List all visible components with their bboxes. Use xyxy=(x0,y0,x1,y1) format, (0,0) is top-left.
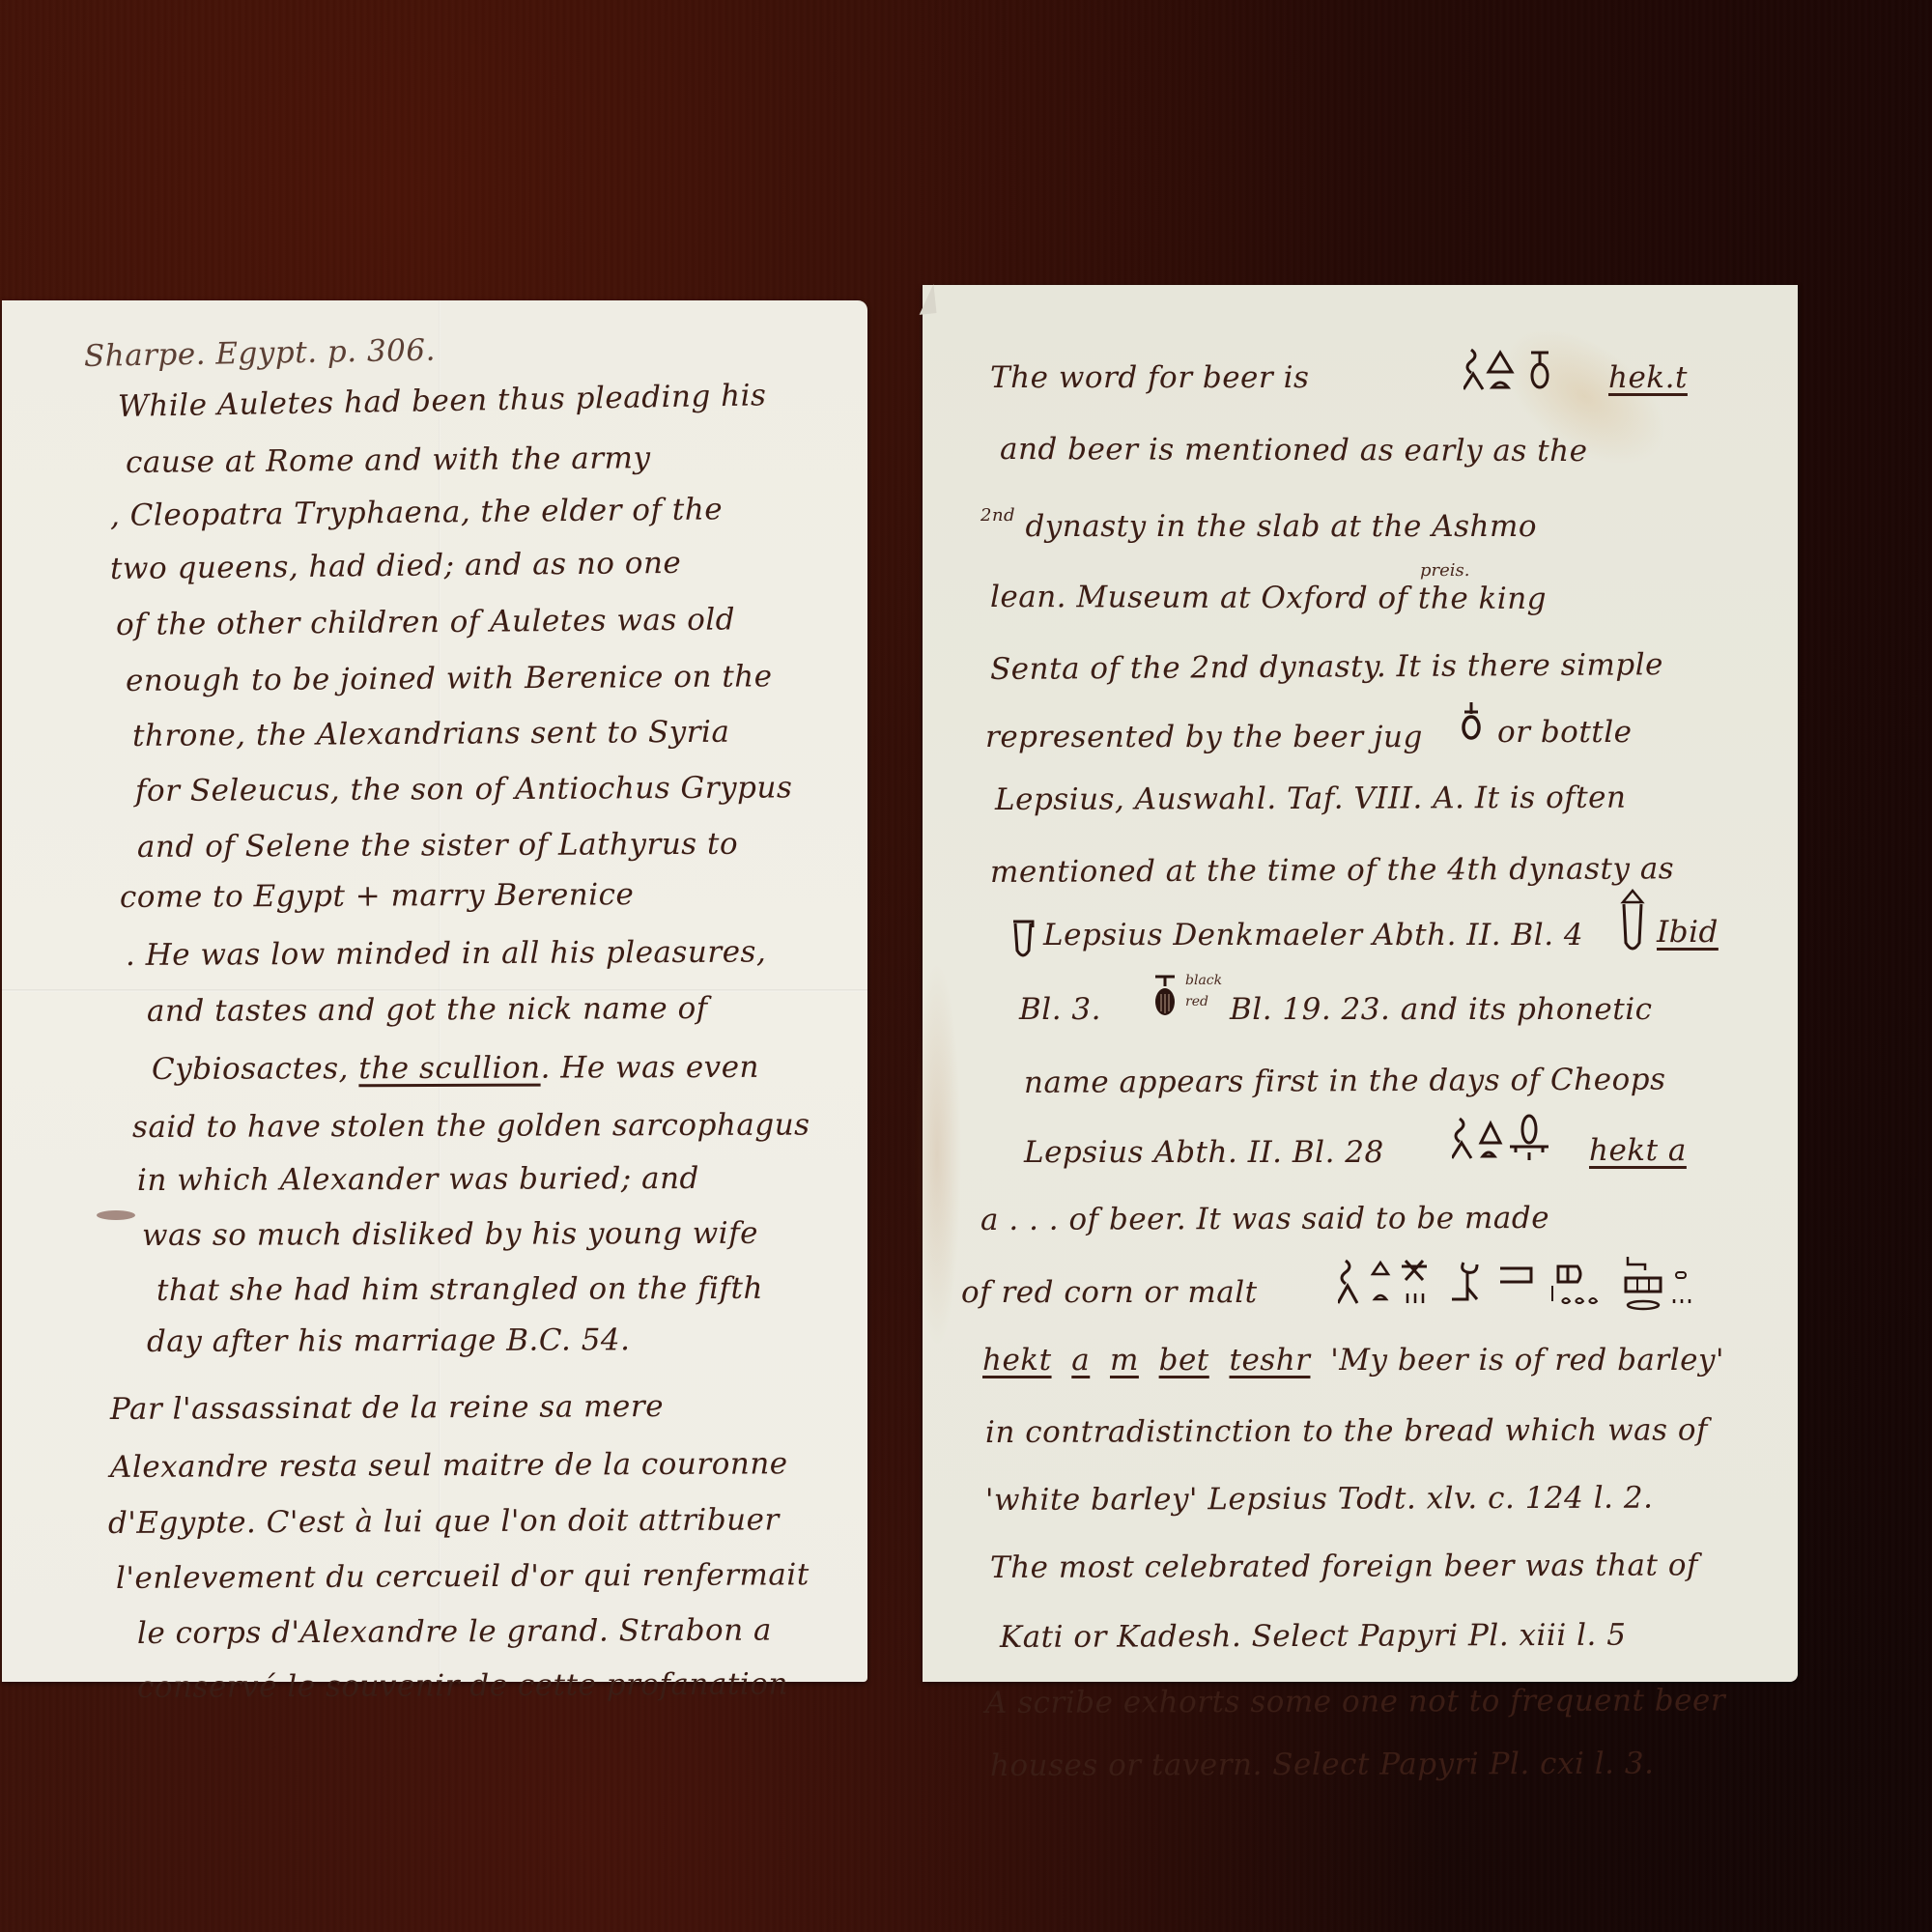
text-line: The most celebrated foreign beer was tha… xyxy=(990,1548,1698,1585)
text-line: While Auletes had been thus pleading his xyxy=(118,378,767,424)
text-line: day after his marriage B.C. 54. xyxy=(147,1322,631,1359)
french-text-line: le corps d'Alexandre le grand. Strabon a xyxy=(137,1613,772,1651)
french-text-line: Alexandre resta seul maitre de la couron… xyxy=(110,1446,788,1485)
hieroglyph-sentence-icon xyxy=(1338,1251,1744,1328)
text-line: houses or tavern. Select Papyri Pl. cxi … xyxy=(990,1747,1655,1783)
text-fragment: . He was even xyxy=(541,1050,760,1086)
text-line: enough to be joined with Berenice on the xyxy=(126,659,773,698)
text-line: in contradistinction to the bread which … xyxy=(985,1412,1708,1450)
french-text-line: d'Egypte. C'est à lui que l'on doit attr… xyxy=(108,1502,780,1541)
text-line: of the other children of Auletes was old xyxy=(116,602,735,642)
tall-beer-jar-icon xyxy=(1618,889,1647,956)
text-line: and tastes and got the nick name of xyxy=(147,991,708,1029)
text-line: throne, the Alexandrians sent to Syria xyxy=(132,715,730,753)
text-line: 'white barley' Lepsius Todt. xlv. c. 124… xyxy=(985,1481,1654,1518)
text-line: , Cleopatra Tryphaena, the elder of the xyxy=(110,492,723,533)
text-fragment: or bottle xyxy=(1497,715,1633,750)
french-text-line: l'enlevement du cercueil d'or qui renfer… xyxy=(116,1557,810,1596)
french-text-line: conservé le souvenir de cette profanatio… xyxy=(137,1666,788,1705)
text-line: mentioned at the time of the 4th dynasty… xyxy=(990,851,1674,890)
text-line: name appears first in the days of Cheops xyxy=(1024,1063,1666,1100)
black-red-jar-icon xyxy=(1151,973,1182,1019)
underlined-phrase: the scullion xyxy=(358,1051,540,1087)
text-line-group: 2nd dynasty in the slab at the Ashmo xyxy=(980,505,1537,544)
transliteration: hek.t xyxy=(1608,360,1688,395)
manuscript-page-right: The word for beer is hek.t and beer is m… xyxy=(923,285,1798,1682)
text-line: . He was low minded in all his pleasures… xyxy=(126,935,766,973)
note-black: black xyxy=(1185,973,1222,988)
name-cybiosactes: Cybiosactes, xyxy=(152,1051,349,1087)
text-line: Lepsius, Auswahl. Taf. VIII. A. It is of… xyxy=(995,781,1627,817)
text-line: and beer is mentioned as early as the xyxy=(1000,432,1588,469)
text-line: Bl. 19. 23. and its phonetic xyxy=(1230,992,1653,1027)
text-line: Bl. 3. xyxy=(1019,992,1101,1027)
ink-blot xyxy=(97,1210,135,1220)
hieroglyph-hekt-variant-icon xyxy=(1452,1114,1568,1172)
text-line: A scribe exhorts some one not to frequen… xyxy=(985,1683,1725,1720)
text-line-group: The word for beer is xyxy=(990,360,1309,395)
curled-corner xyxy=(916,284,936,315)
text-line: in which Alexander was buried; and xyxy=(137,1161,699,1198)
text-line: lean. Museum at Oxford of the king xyxy=(990,580,1547,616)
note-red: red xyxy=(1185,994,1208,1009)
text-line: come to Egypt + marry Berenice xyxy=(120,877,635,915)
text-line: was so much disliked by his young wife xyxy=(142,1216,758,1253)
text-line: Lepsius Denkmaeler Abth. II. Bl. 4 xyxy=(1043,918,1583,952)
manuscript-page-left: Sharpe. Egypt. p. 306. While Auletes had… xyxy=(2,300,867,1682)
text-line: of red corn or malt xyxy=(961,1275,1258,1310)
text-line: that she had him strangled on the fifth xyxy=(156,1271,763,1308)
text-fragment: The word for beer is xyxy=(990,360,1309,395)
transliteration: hekt a xyxy=(1589,1133,1687,1168)
text-line: Kati or Kadesh. Select Papyri Pl. xiii l… xyxy=(1000,1618,1627,1655)
text-line: two queens, had died; and as no one xyxy=(110,546,682,586)
beer-jar-icon xyxy=(1011,918,1035,960)
french-text-line: Par l'assassinat de la reine sa mere xyxy=(110,1389,664,1427)
page-heading: Sharpe. Egypt. p. 306. xyxy=(84,333,437,374)
text-line: Senta of the 2nd dynasty. It is there si… xyxy=(990,647,1663,687)
text-line: Lepsius Abth. II. Bl. 28 xyxy=(1024,1135,1384,1170)
text-line: for Seleucus, the son of Antiochus Grypu… xyxy=(135,770,793,809)
text-line-group: represented by the beer jug xyxy=(985,720,1423,754)
text-line: and of Selene the sister of Lathyrus to xyxy=(137,827,738,865)
text-line: cause at Rome and with the army xyxy=(126,440,651,480)
interlinear-note: preis. xyxy=(1420,560,1470,581)
beer-jug-icon xyxy=(1459,700,1484,743)
text-fragment: Ibid xyxy=(1657,915,1719,950)
hieroglyph-heqt-icon xyxy=(1463,345,1589,403)
text-line: a . . . of beer. It was said to be made xyxy=(980,1201,1549,1237)
text-line: said to have stolen the golden sarcophag… xyxy=(132,1108,810,1145)
foxing-stain xyxy=(913,961,961,1348)
text-line-group: Cybiosactes, the scullion. He was even xyxy=(152,1050,759,1087)
text-line-group: hekt a m bet teshr 'My beer is of red ba… xyxy=(982,1343,1724,1378)
